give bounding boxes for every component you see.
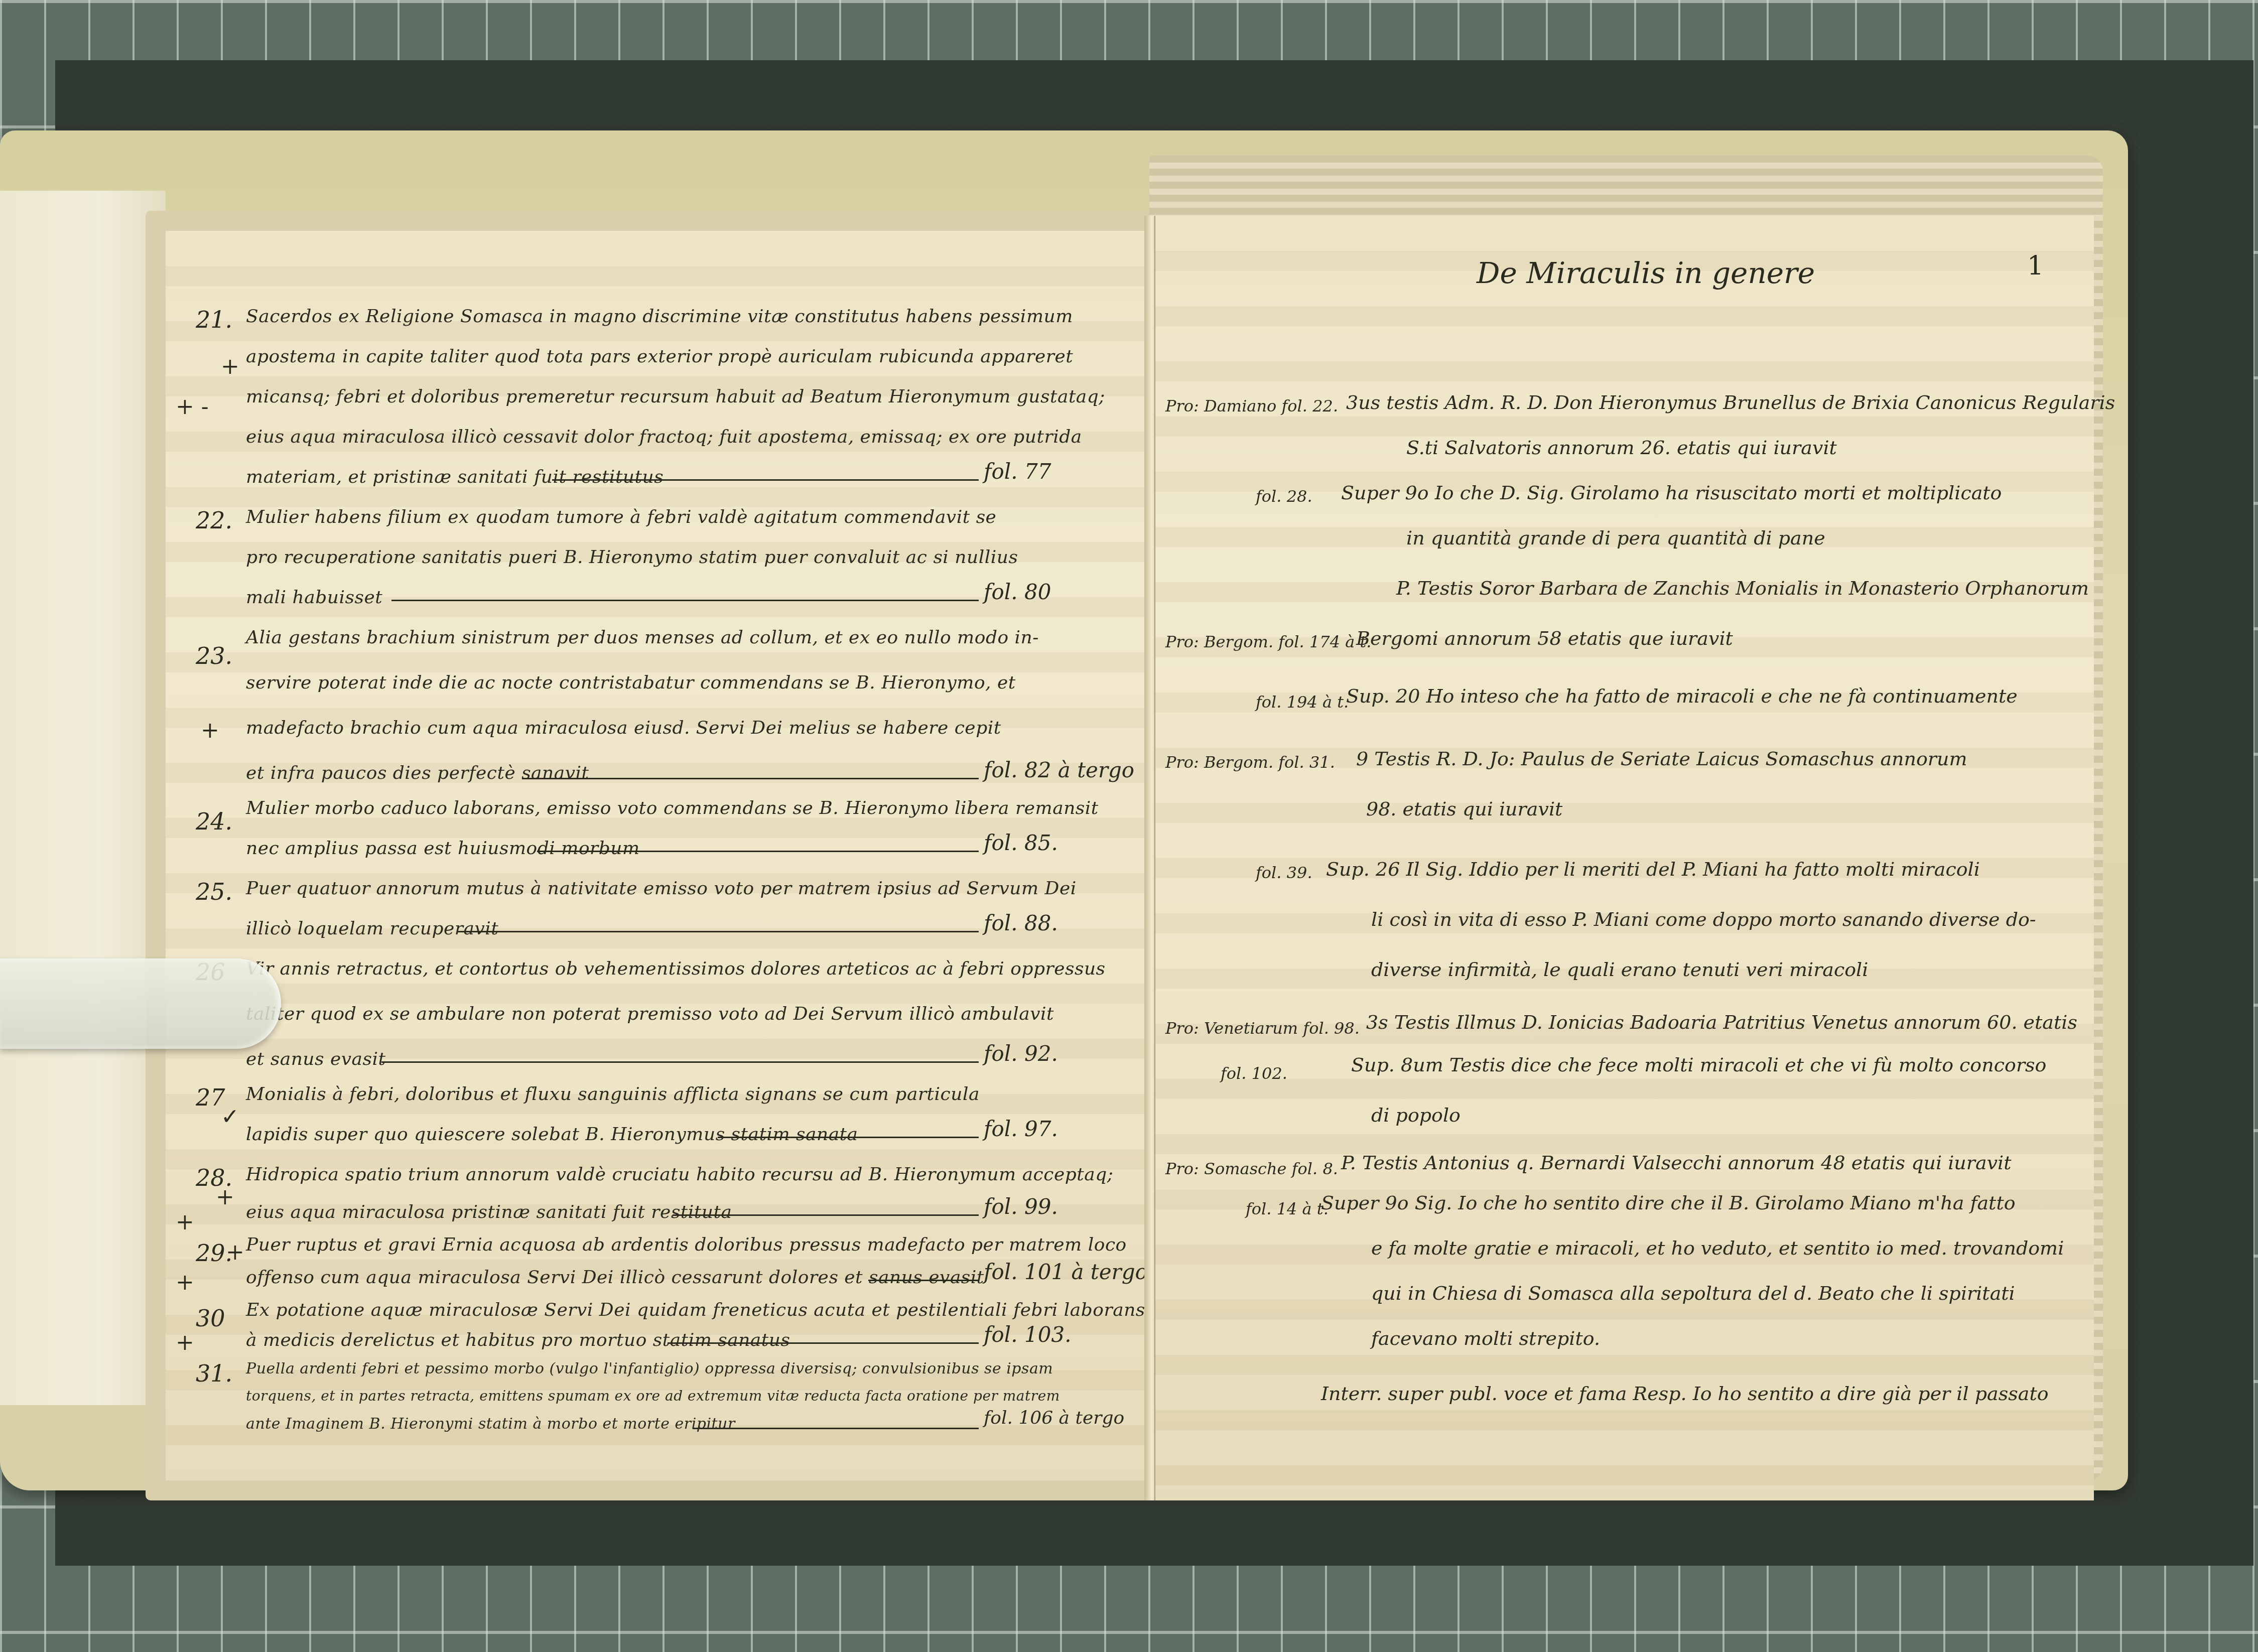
text-line: Super 9o Sig. Io che ho sentito dire che… bbox=[1321, 1192, 2016, 1214]
text-line: Sup. 20 Ho inteso che ha fatto de miraco… bbox=[1346, 685, 2018, 707]
text-line: Puer quatuor annorum mutus à nativitate … bbox=[246, 878, 1077, 899]
ruled-line bbox=[537, 851, 979, 852]
text-line: Hidropica spatio trium annorum valdè cru… bbox=[246, 1164, 1113, 1185]
text-line: eius aqua miraculosa illicò cessavit dol… bbox=[246, 427, 1082, 447]
folio-reference: fol. 101 à tergo. bbox=[984, 1260, 1154, 1284]
cross-mark-icon: + bbox=[221, 354, 239, 379]
text-line: 3us testis Adm. R. D. Don Hieronymus Bru… bbox=[1346, 391, 2115, 414]
folio-reference: fol. 99. bbox=[984, 1194, 1058, 1219]
ruled-line bbox=[391, 600, 979, 601]
text-line: diverse infirmità, le quali erano tenuti… bbox=[1371, 958, 1868, 981]
ruled-line bbox=[381, 1061, 979, 1063]
ruled-line bbox=[668, 1342, 979, 1344]
text-line: P. Testis Antonius q. Bernardi Valsecchi… bbox=[1341, 1152, 2012, 1174]
text-line: Puer ruptus et gravi Ernia acquosa ab ar… bbox=[246, 1234, 1127, 1255]
text-line: qui in Chiesa di Somasca alla sepoltura … bbox=[1371, 1282, 2015, 1304]
ruled-line bbox=[457, 931, 979, 932]
text-line: eius aqua miraculosa pristinæ sanitati f… bbox=[246, 1202, 732, 1222]
text-line: 98. etatis qui iuravit bbox=[1366, 798, 1562, 820]
checkmark-icon: ✓ bbox=[221, 1104, 239, 1130]
text-line: à medicis derelictus et habitus pro mort… bbox=[246, 1330, 790, 1350]
ruled-line bbox=[693, 1428, 979, 1429]
margin-note: fol. 102. bbox=[1221, 1064, 1287, 1083]
folio-reference: fol. 80 bbox=[984, 580, 1051, 604]
margin-note: fol. 39. bbox=[1256, 863, 1312, 882]
text-line: Sacerdos ex Religione Somasca in magno d… bbox=[246, 306, 1073, 327]
text-line: Sup. 26 Il Sig. Iddio per li meriti del … bbox=[1326, 858, 1980, 880]
text-line: et sanus evasit bbox=[246, 1049, 386, 1069]
page-heading: De Miraculis in genere bbox=[1477, 256, 1815, 290]
text-line: illicò loquelam recuperavit bbox=[246, 918, 498, 939]
text-line: Mulier morbo caduco laborans, emisso vot… bbox=[246, 798, 1099, 818]
text-line: pro recuperatione sanitatis pueri B. Hie… bbox=[246, 547, 1018, 568]
flyleaf bbox=[0, 191, 166, 1405]
text-line: materiam, et pristinæ sanitati fuit rest… bbox=[246, 467, 663, 487]
text-line: S.ti Salvatoris annorum 26. etatis qui i… bbox=[1406, 437, 1837, 459]
margin-note: Pro: Somasche fol. 8. bbox=[1165, 1159, 1338, 1178]
text-line: micansq; febri et doloribus premeretur r… bbox=[246, 386, 1105, 407]
cross-mark-icon: + - bbox=[176, 394, 209, 420]
text-line: Alia gestans brachium sinistrum per duos… bbox=[246, 627, 1039, 648]
entry-number: 30 bbox=[196, 1305, 225, 1332]
folio-reference: fol. 85. bbox=[984, 831, 1058, 855]
ruled-line bbox=[522, 778, 979, 779]
glass-page-weight bbox=[0, 958, 281, 1049]
left-page: 21. + + - Sacerdos ex Religione Somasca … bbox=[166, 231, 1150, 1480]
entry-number: 24. bbox=[196, 808, 232, 835]
text-line: Super 9o Io che D. Sig. Girolamo ha risu… bbox=[1341, 482, 2002, 504]
entry-number: 21. bbox=[196, 306, 232, 333]
text-line: e fa molte gratie e miracoli, et ho vedu… bbox=[1371, 1237, 2064, 1259]
text-line: nec amplius passa est huiusmodi morbum bbox=[246, 838, 640, 859]
folio-reference: fol. 88. bbox=[984, 911, 1058, 935]
text-line: ante Imaginem B. Hieronymi statim à morb… bbox=[246, 1415, 735, 1433]
margin-note: Pro: Damiano fol. 22. bbox=[1165, 396, 1338, 416]
margin-note: fol. 194 à t. bbox=[1256, 693, 1349, 712]
text-line: in quantità grande di pera quantità di p… bbox=[1406, 527, 1825, 549]
text-line: servire poterat inde die ac nocte contri… bbox=[246, 672, 1016, 693]
folio-number: 1 bbox=[2027, 251, 2044, 281]
margin-note: Pro: Venetiarum fol. 98. bbox=[1165, 1019, 1360, 1038]
ruled-line bbox=[718, 1137, 979, 1138]
text-line: et infra paucos dies perfectè sanavit bbox=[246, 763, 589, 783]
folio-reference: fol. 97. bbox=[984, 1117, 1058, 1141]
cross-mark-icon: + bbox=[176, 1209, 194, 1235]
cross-mark-icon: + bbox=[201, 718, 219, 743]
text-line: 3s Testis Illmus D. Ionicias Badoaria Pa… bbox=[1366, 1011, 2077, 1033]
text-line: Vir annis retractus, et contortus ob veh… bbox=[246, 958, 1106, 979]
text-line: offenso cum aqua miraculosa Servi Dei il… bbox=[246, 1267, 984, 1288]
folio-reference: fol. 92. bbox=[984, 1041, 1058, 1066]
cross-mark-icon: + bbox=[176, 1270, 194, 1295]
right-page: De Miraculis in genere 1 Pro: Damiano fo… bbox=[1154, 216, 2094, 1500]
entry-number: 22. bbox=[196, 507, 232, 534]
text-line: apostema in capite taliter quod tota par… bbox=[246, 346, 1073, 367]
entry-number: 25. bbox=[196, 878, 232, 905]
folio-reference: fol. 103. bbox=[984, 1322, 1071, 1347]
entry-number: 23. bbox=[196, 642, 232, 669]
folio-reference: fol. 106 à tergo bbox=[984, 1408, 1124, 1428]
ruled-line bbox=[673, 1214, 979, 1216]
text-line: mali habuisset bbox=[246, 587, 382, 608]
text-line: P. Testis Soror Barbara de Zanchis Monia… bbox=[1396, 577, 2089, 599]
margin-note: Pro: Bergom. fol. 31. bbox=[1165, 753, 1335, 772]
entry-number: 31. bbox=[196, 1360, 232, 1387]
cross-mark-icon: + bbox=[176, 1330, 194, 1355]
text-line: Puella ardenti febri et pessimo morbo (v… bbox=[246, 1360, 1053, 1378]
text-line: Bergomi annorum 58 etatis que iuravit bbox=[1356, 627, 1733, 649]
ruled-line bbox=[868, 1280, 979, 1281]
ruled-line bbox=[552, 479, 979, 481]
text-line: taliter quod ex se ambulare non poterat … bbox=[246, 1004, 1054, 1024]
text-line: torquens, et in partes retracta, emitten… bbox=[246, 1388, 1060, 1404]
margin-note: Pro: Bergom. fol. 174 à t. bbox=[1165, 632, 1371, 651]
margin-note: fol. 28. bbox=[1256, 487, 1312, 506]
folio-reference: fol. 77 bbox=[984, 459, 1051, 484]
cross-mark-icon: + bbox=[226, 1240, 244, 1265]
text-line: Interr. super publ. voce et fama Resp. I… bbox=[1321, 1383, 2049, 1405]
text-line: facevano molti strepito. bbox=[1371, 1327, 1600, 1349]
cross-mark-icon: + bbox=[216, 1184, 234, 1210]
text-line: Monialis à febri, doloribus et fluxu san… bbox=[246, 1084, 980, 1105]
text-line: 9 Testis R. D. Jo: Paulus de Seriate Lai… bbox=[1356, 748, 1967, 770]
text-line: lapidis super quo quiescere solebat B. H… bbox=[246, 1124, 858, 1145]
text-line: Mulier habens filium ex quodam tumore à … bbox=[246, 507, 996, 527]
text-line: di popolo bbox=[1371, 1104, 1460, 1126]
text-line: Ex potatione aquæ miraculosæ Servi Dei q… bbox=[246, 1300, 1145, 1320]
text-line: Sup. 8um Testis dice che fece molti mira… bbox=[1351, 1054, 2046, 1076]
text-line: madefacto brachio cum aqua miraculosa ei… bbox=[246, 718, 1001, 738]
folio-reference: fol. 82 à tergo bbox=[984, 758, 1134, 782]
text-line: li così in vita di esso P. Miani come do… bbox=[1371, 908, 2036, 930]
margin-note: fol. 14 à t. bbox=[1246, 1199, 1329, 1218]
